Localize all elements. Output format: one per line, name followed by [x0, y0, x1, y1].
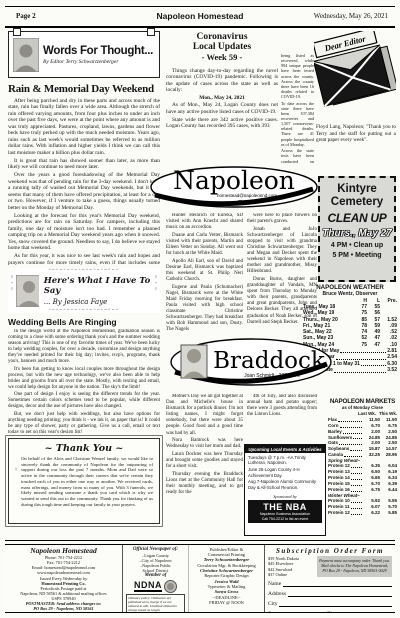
- masthead-line: PO Box 29 - Napoleon, ND 58561: [8, 606, 119, 611]
- name-field: [283, 581, 392, 587]
- commodity-name: Protein 16: [328, 487, 350, 493]
- member-seal-icon: [164, 580, 177, 593]
- braddock-logo-text: Braddock: [213, 348, 326, 374]
- payment-note: Payment must accompany order. Thank you.…: [317, 556, 392, 577]
- zip-label: Zip: [327, 611, 335, 612]
- paragraph: Mother's Day we all got together at Dan …: [166, 394, 243, 437]
- dotted-leader: [340, 352, 386, 353]
- paragraph: Eugene and Paula (Schumacher) Nagel, Bis…: [166, 285, 243, 333]
- letter-to-editor-quote: Floyd Lang, Napoleon; "Thank you to Terr…: [316, 124, 396, 144]
- markets-row: Protein 166.756.44: [328, 487, 397, 493]
- paragraph: Jonah and JoJo Schwartzenberger of Linco…: [247, 227, 317, 276]
- dotted-leader: [361, 365, 386, 366]
- dotted-leader: [350, 450, 362, 451]
- rain-article: After being parched and dry in these par…: [8, 98, 160, 265]
- napoleon-contact-phone: 754-2212: [237, 199, 257, 204]
- markets-subtitle: as of Monday Close: [328, 405, 397, 410]
- address-label: Address: [268, 591, 286, 597]
- kintyre-line1: Kintyre: [320, 183, 394, 196]
- paragraph: One part of design I enjoy is seeing the…: [8, 392, 160, 410]
- event-item: Aug 7-Napoleon Alumni Community Day & Al…: [248, 479, 322, 490]
- official-newspaper-list: Official Newspaper of:–Logan County–City…: [126, 547, 185, 579]
- last-week-price: 32.25: [363, 452, 380, 458]
- dotted-leader: [343, 433, 362, 434]
- editor-photo: [13, 38, 39, 72]
- weather-value: 47: [367, 342, 380, 348]
- decorative-border-right: ≀▫≀: [153, 274, 159, 307]
- thank-you-body: On behalf of the Alois and Christine Wen…: [15, 456, 153, 508]
- dotted-leader: [351, 508, 362, 509]
- markets-row: Protein 126.225.85: [328, 510, 397, 516]
- dotted-leader: [351, 473, 362, 474]
- braddock-contact: Joan Schmidt - 332-6776: [244, 373, 300, 379]
- kintyre-cleanup-notice: Kintyre Cemetery CLEAN UP Thurs., May 27…: [318, 176, 396, 282]
- coronavirus-title-line3: - Week 59 -: [166, 52, 278, 62]
- masthead-staff-list: Publisher/Editor &Commercial PrintingTer…: [189, 545, 265, 612]
- napoleon-logo: Napoleon homestead@napoleonnd.com 754-22…: [149, 165, 319, 211]
- braddock-news-column-a: Mother's Day we all got together at Dan …: [166, 394, 243, 538]
- paragraph: Thursday evening the Braddock Lions met …: [166, 472, 243, 496]
- markets-box: NAPOLEON MARKETS as of Monday Close Last…: [328, 398, 397, 516]
- commodity-name: Protein 12: [328, 510, 350, 516]
- paragraph: were here to place flowers on their pare…: [247, 213, 317, 225]
- membership-logos: NDNA: [126, 580, 185, 593]
- state-label: State: [268, 611, 279, 612]
- cross-icon: [15, 456, 17, 482]
- coronavirus-title-line1: Coronavirus: [166, 32, 278, 42]
- paragraph: It's been fun getting to know local coup…: [8, 367, 160, 391]
- wedding-article: In the design world at the Napoleon Home…: [8, 329, 160, 433]
- form-line-state-zip: State Zip: [268, 611, 392, 612]
- last-week-price: 6.22: [363, 510, 380, 516]
- form-line-name: Name: [268, 581, 392, 587]
- envelope-icon: Dear Editor: [314, 31, 396, 121]
- masthead-line: Official Newspaper of:: [126, 547, 185, 553]
- subscription-rates: $39 North Dakota$45 Elsewhere$42 Snowbir…: [268, 556, 314, 577]
- dotted-leader: [351, 502, 362, 503]
- this-week-price: 6.44: [380, 487, 397, 493]
- jessica-column-titles: Here's What I Have To Say ... By Jessica…: [44, 276, 154, 306]
- masthead-line: Napoleon Homestead: [8, 547, 119, 555]
- paragraph: Looking at the forecast for this year's …: [8, 213, 160, 252]
- paragraph: Nora Bamrock was here Wednesday to visit…: [166, 438, 243, 450]
- ndna-logo: NDNA: [134, 580, 162, 592]
- address-field: [288, 591, 392, 597]
- paragraph: Over the years a good foreshadowing of t…: [8, 172, 160, 211]
- braddock-correspondent-photo: [181, 345, 207, 378]
- column-title: Words For Thought...: [43, 45, 153, 57]
- wedding-headline: Wedding Bells Are Ringing: [8, 317, 162, 327]
- braddock-logo: Braddock Joan Schmidt - 332-6776: [169, 336, 333, 390]
- markets-columns: Last Wk. This Wk.: [328, 411, 397, 416]
- dotted-leader: [351, 485, 362, 486]
- masthead-line: Member of: [126, 573, 185, 579]
- dotted-leader: [344, 456, 362, 457]
- column-byline: By Editor Terry Schwartzenberger: [43, 59, 153, 65]
- subscription-form: Subscription Order Form $39 North Dakota…: [265, 545, 395, 612]
- events-list: Tuesdays @ 7 p.m. -AA Trinity Lutheran, …: [245, 453, 325, 494]
- kintyre-line2: Cemetery: [320, 196, 394, 209]
- masthead: Napoleon HomesteadPhone: 701-754-2212Fax…: [5, 544, 395, 613]
- jessica-column-box: ▫~▫~▫~▫~▫~▫~▫~▫~▫~▫ ▫~▫~▫~▫~▫~▫~▫~▫~▫~▫ …: [8, 268, 160, 313]
- words-for-thought-titles: Words For Thought... By Editor Terry Sch…: [43, 45, 153, 65]
- dotted-leader: [351, 479, 362, 480]
- city-label: City: [268, 601, 277, 607]
- this-week-price: 5.85: [380, 510, 397, 516]
- coronavirus-update: As of Mon., May 24, Logan County does no…: [166, 102, 278, 129]
- decorative-border-bottom: ▫~▫~▫~▫~▫~▫~▫~▫~▫~▫: [8, 308, 160, 313]
- city-field: [279, 601, 392, 607]
- kintyre-time2: 5 PM • Meeting: [320, 252, 394, 259]
- nba-call-line: Call 754-2212 to list an event: [249, 517, 321, 521]
- masthead-line: Napoleon, ND 58561 & additional mailing …: [8, 591, 119, 596]
- kintyre-date: Thurs., May 27: [320, 228, 394, 239]
- nba-subtitle: Napoleon Business Association: [249, 512, 321, 516]
- events-sponsored-by: Sponsored by: [245, 494, 325, 499]
- header-rule-top: [5, 6, 395, 7]
- decorative-border-left: ≀▫≀: [9, 274, 15, 307]
- paragraph: Hunter Heinrich of Eureka, SD visited wi…: [166, 213, 243, 231]
- subscription-title: Subscription Order Form: [268, 547, 392, 555]
- last-week-price: 6.75: [363, 487, 380, 493]
- paragraph: being listed as recovered, while 994 uni…: [281, 53, 314, 99]
- coronavirus-article: Things change day-to-day regarding the n…: [166, 68, 278, 131]
- masthead-line: FRIDAY @ NOON: [192, 600, 261, 605]
- weather-value: 75: [354, 342, 367, 348]
- dotted-leader: [351, 514, 362, 515]
- state-field: [281, 611, 325, 612]
- paragraph: After being parched and dry in these par…: [8, 98, 160, 156]
- dotted-leader: [351, 467, 362, 468]
- nba-name: THE NBA: [249, 502, 321, 512]
- jessica-column-byline: ... By Jessica Faye: [44, 298, 154, 306]
- covid-date-heading: Mon., May 24, 2021: [166, 95, 278, 101]
- weather-observer: Bruce Wentz, Observer: [303, 291, 397, 297]
- newspaper-page: Page 2 Napoleon Homestead Wednesday, May…: [0, 0, 400, 618]
- paragraph: Duane and Carla Vetter, Bismarck visited…: [166, 233, 243, 257]
- thank-you-text: On behalf of the Alois and Christine Wen…: [21, 456, 153, 508]
- paragraph: To date across the state there have been…: [281, 101, 314, 147]
- masthead-rule: [5, 540, 395, 541]
- dotted-leader: [340, 427, 363, 428]
- words-for-thought-box: Words For Thought... By Editor Terry Sch…: [8, 31, 160, 78]
- summary-value: 3.52: [387, 367, 397, 374]
- this-week-price: 28.95: [380, 452, 397, 458]
- subscription-rates-row: $39 North Dakota$45 Elsewhere$42 Snowbir…: [268, 556, 392, 577]
- dotted-leader: [353, 438, 362, 439]
- jessica-photo: [16, 275, 39, 307]
- paragraph: Laura Dockter was here Thursday and brou…: [166, 452, 243, 470]
- markets-col-this: This Wk.: [379, 411, 397, 416]
- paragraph: It is great that rain has showed sooner …: [8, 158, 160, 171]
- jessica-column-title: Here's What I Have To Say: [44, 276, 154, 296]
- kintyre-time1: 4 PM • Clean up: [320, 242, 394, 249]
- paragraph: 4th of July, and also discussed annual h…: [247, 394, 317, 418]
- masthead-official-info: Official Newspaper of:–Logan County–City…: [123, 545, 189, 612]
- coronavirus-article-continued: being listed as recovered, while 994 uni…: [281, 53, 314, 165]
- markets-row: Canola32.2528.95: [328, 452, 397, 458]
- header-rule-bottom: [5, 26, 395, 28]
- paragraph: Things change day-to-day regarding the n…: [166, 68, 278, 94]
- form-line-address: Address: [268, 591, 392, 597]
- issue-date: Wednesday, May 26, 2021: [314, 12, 388, 20]
- paragraph: State wide there are 342 active positive…: [166, 117, 278, 130]
- thank-you-title: ~ Thank You ~: [15, 443, 153, 454]
- nba-sponsor-block: THE NBA Napoleon Business Association Ca…: [248, 500, 322, 523]
- rain-headline: Rain & Memorial Day Weekend: [8, 83, 162, 95]
- event-item: June 25-Logan County 4-H Achievement Day…: [248, 467, 322, 478]
- napoleon-logo-text: Napoleon: [173, 166, 295, 195]
- kintyre-cleanup-text: CLEAN UP: [320, 211, 394, 225]
- napoleon-news-column-a: Hunter Heinrich of Eureka, SD visited wi…: [166, 213, 243, 333]
- events-title: Upcoming Local Events & Activities: [245, 445, 325, 453]
- dotted-leader: [338, 421, 362, 422]
- dotted-leader: [336, 359, 387, 360]
- coronavirus-intro: Things change day-to-day regarding the n…: [166, 68, 278, 94]
- dotted-leader: [339, 444, 362, 445]
- paragraph: Across the state tests have been conduct…: [281, 148, 314, 165]
- coronavirus-title-line2: Local Updates: [166, 42, 278, 52]
- zip-field: [337, 611, 392, 612]
- markets-col-last: Last Wk.: [358, 411, 376, 416]
- subscription-rate: $37 Online: [268, 572, 314, 577]
- decorative-border-top: ▫~▫~▫~▫~▫~▫~▫~▫~▫~▫: [8, 268, 160, 273]
- paragraph: As for this year, it was nice to see las…: [8, 253, 160, 265]
- name-label: Name: [268, 581, 281, 587]
- form-line-city: City: [268, 601, 392, 607]
- paragraph: Apollo Ali Earl, son of David and Desira…: [166, 259, 243, 283]
- dotted-leader: [351, 491, 362, 492]
- commodity-name: Canola: [328, 452, 343, 458]
- thank-you-box: ~ Thank You ~ On behalf of the Alois and…: [8, 438, 160, 524]
- dear-editor-graphic: Dear Editor: [314, 31, 396, 121]
- coronavirus-heading: Coronavirus Local Updates - Week 59 -: [166, 32, 278, 62]
- paragraph: In the design world at the Napoleon Home…: [8, 329, 160, 365]
- weather-title: NAPOLEON WEATHER: [303, 284, 397, 291]
- markets-title: NAPOLEON MARKETS: [328, 398, 397, 405]
- masthead-publisher-info: Napoleon HomesteadPhone: 701-754-2212Fax…: [5, 545, 123, 612]
- markets-table: Flax11.5011.50Corn6.706.75Barley2.002.50…: [328, 417, 397, 516]
- obituary-policy: Obituary policy: Obituaries are publishe…: [126, 594, 185, 612]
- paragraph: But, we don't just help with weddings, b…: [8, 412, 160, 434]
- event-item: Tuesdays @ 7 p.m. -AA Trinity Lutheran, …: [248, 455, 322, 466]
- paragraph: As of Mon., May 24, Logan County does no…: [166, 102, 278, 115]
- braddock-news-column-b: 4th of July, and also discussed annual h…: [247, 394, 317, 442]
- events-box: Upcoming Local Events & Activities Tuesd…: [244, 444, 326, 536]
- napoleon-contact-email: homestead@napoleonnd.com: [217, 193, 277, 198]
- dotted-leader: [334, 372, 386, 373]
